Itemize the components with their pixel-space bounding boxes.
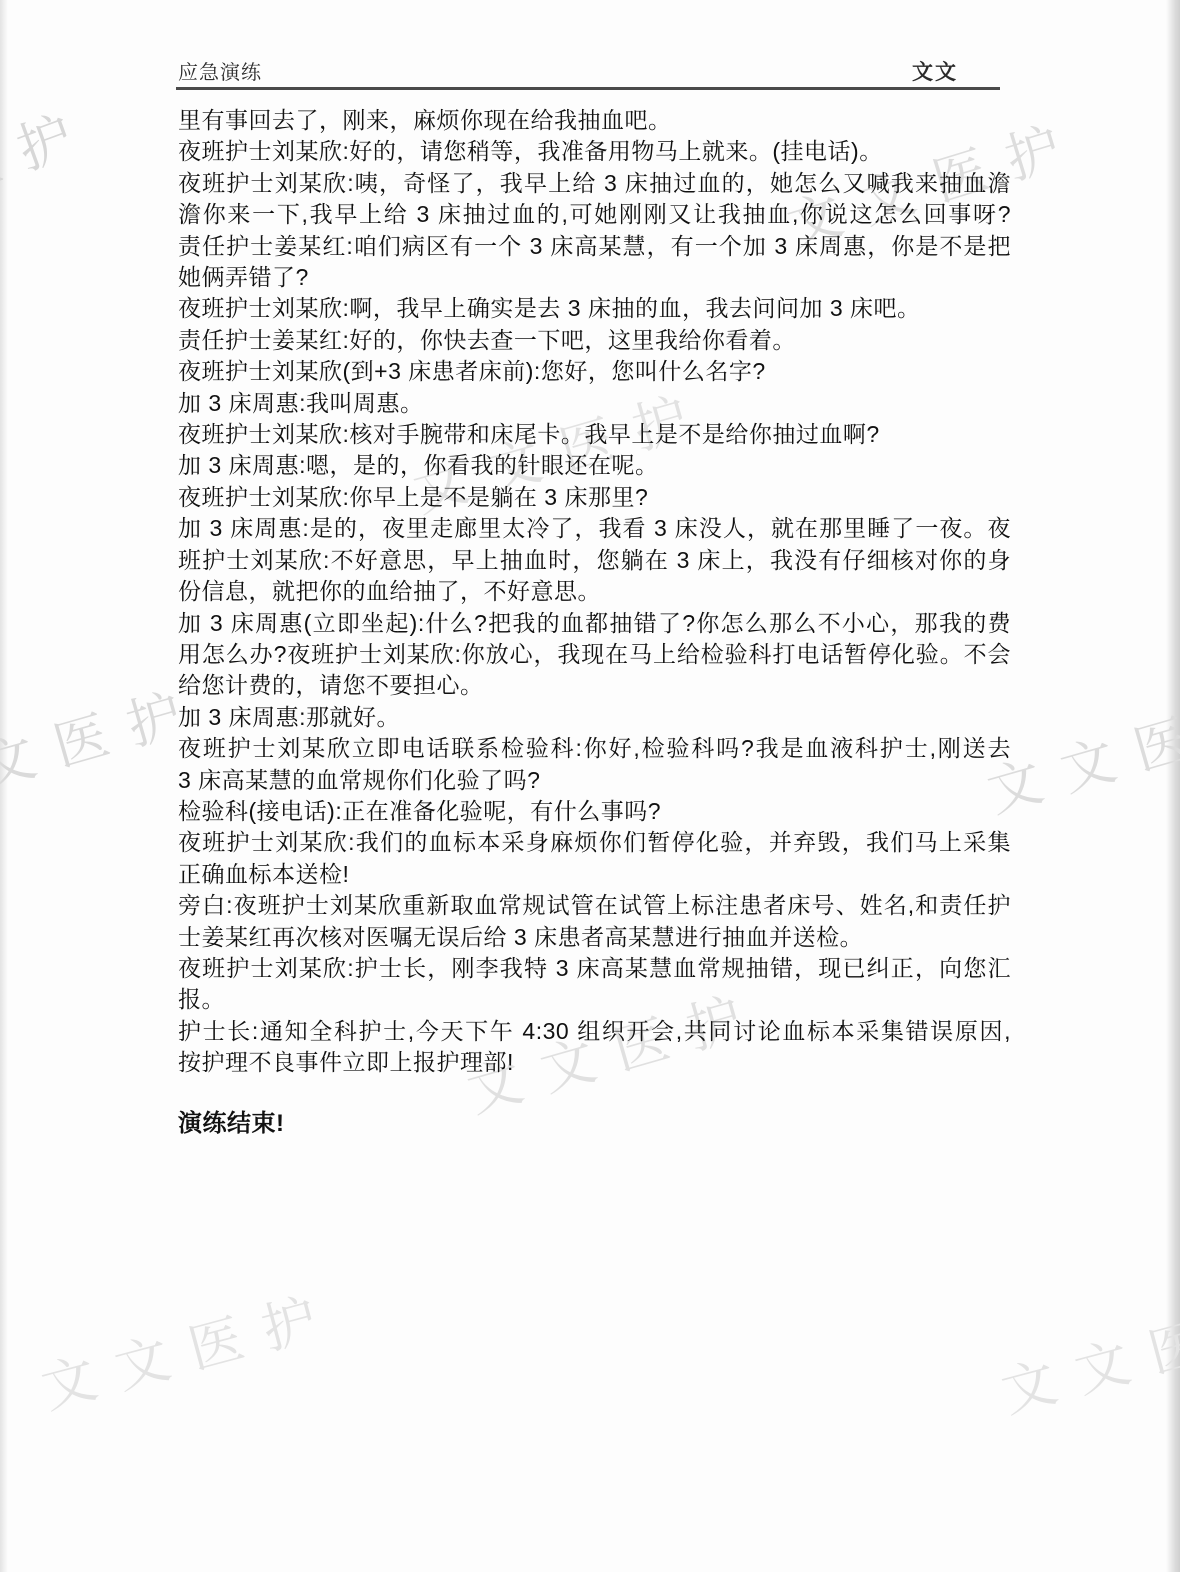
text-line: 加 3 床周惠:是的，夜里走廊里太冷了，我看 3 床没人，就在那里睡了一夜。夜 [178,513,1011,544]
text-line: 班护士刘某欣:不好意思，早上抽血时，您躺在 3 床上，我没有仔细核对你的身 [178,545,1011,576]
page-header: 应急演练 文文 [178,56,1000,84]
text-line: 正确血标本送检! [178,859,1011,890]
text-line: 夜班护士刘某欣:护士长，刚李我特 3 床高某慧血常规抽错，现已纠正，向您汇 [178,953,1011,984]
header-rule [176,87,1000,90]
watermark: 文文医护 [992,1275,1180,1428]
text-line: 3 床高某慧的血常规你们化验了吗? [178,765,1011,796]
text-line: 她俩弄错了? [178,262,1011,293]
text-line: 夜班护士刘某欣:你早上是不是躺在 3 床那里? [178,482,1011,513]
text-line: 夜班护士刘某欣:咦，奇怪了，我早上给 3 床抽过血的，她怎么又喊我来抽血澹 [178,168,1011,199]
text-line: 里有事回去了，刚来，麻烦你现在给我抽血吧。 [178,105,1011,136]
text-line: 澹你来一下,我早上给 3 床抽过血的,可她刚刚又让我抽血,你说这怎么回事呀? [178,199,1011,230]
text-line: 夜班护士刘某欣:好的，请您稍等，我准备用物马上就来。(挂电话)。 [178,136,1011,167]
text-line: 份信息，就把你的血给抽了，不好意思。 [178,576,1011,607]
text-line: 加 3 床周惠:那就好。 [178,702,1011,733]
text-line: 夜班护士刘某欣:啊，我早上确实是去 3 床抽的血，我去问问加 3 床吧。 [178,293,1011,324]
document-body: 里有事回去了，刚来，麻烦你现在给我抽血吧。 夜班护士刘某欣:好的，请您稍等，我准… [178,105,1011,1139]
header-title: 应急演练 [178,56,262,85]
text-line: 旁白:夜班护士刘某欣重新取血常规试管在试管上标注患者床号、姓名,和责任护 [178,890,1011,921]
text-line: 给您计费的，请您不要担心。 [178,670,1011,701]
text-line: 夜班护士刘某欣:核对手腕带和床尾卡。我早上是不是给你抽过血啊? [178,419,1011,450]
drill-end-label: 演练结束! [178,1108,1011,1139]
text-line: 报。 [178,984,1011,1015]
text-line: 用怎么办?夜班护士刘某欣:你放心，我现在马上给检验科打电话暂停化验。不会 [178,639,1011,670]
text-line: 护士长:通知全科护士,今天下午 4:30 组织开会,共同讨论血标本采集错误原因, [178,1016,1011,1047]
text-line: 加 3 床周惠(立即坐起):什么?把我的血都抽错了?你怎么那么不小心，那我的费 [178,608,1011,639]
text-line: 按护理不良事件立即上报护理部! [178,1047,1011,1078]
watermark: 文文医护 [32,1271,346,1424]
text-line: 责任护士姜某红:好的，你快去查一下吧，这里我给你看着。 [178,325,1011,356]
watermark: 文文医护 [0,86,103,262]
text-line: 夜班护士刘某欣立即电话联系检验科:你好,检验科吗?我是血液科护士,刚送去 [178,733,1011,764]
text-line: 夜班护士刘某欣:我们的血标本采身麻烦你们暂停化验，并弃毁，我们马上采集 [178,827,1011,858]
document-page: 文文医护 文文医护 文文医护 文文医护 文文医护 文文医护 文文医护 文文医护 … [0,0,1180,1572]
text-line: 夜班护士刘某欣(到+3 床患者床前):您好，您叫什么名字? [178,356,1011,387]
text-line: 责任护士姜某红:咱们病区有一个 3 床高某慧，有一个加 3 床周惠，你是不是把 [178,231,1011,262]
header-right-label: 文文 [912,56,958,86]
text-line: 加 3 床周惠:嗯，是的，你看我的针眼还在呢。 [178,450,1011,481]
text-line: 检验科(接电话):正在准备化验呢，有什么事吗? [178,796,1011,827]
text-line: 士姜某红再次核对医嘱无误后给 3 床患者高某慧进行抽血并送检。 [178,922,1011,953]
text-line: 加 3 床周惠:我叫周惠。 [178,388,1011,419]
